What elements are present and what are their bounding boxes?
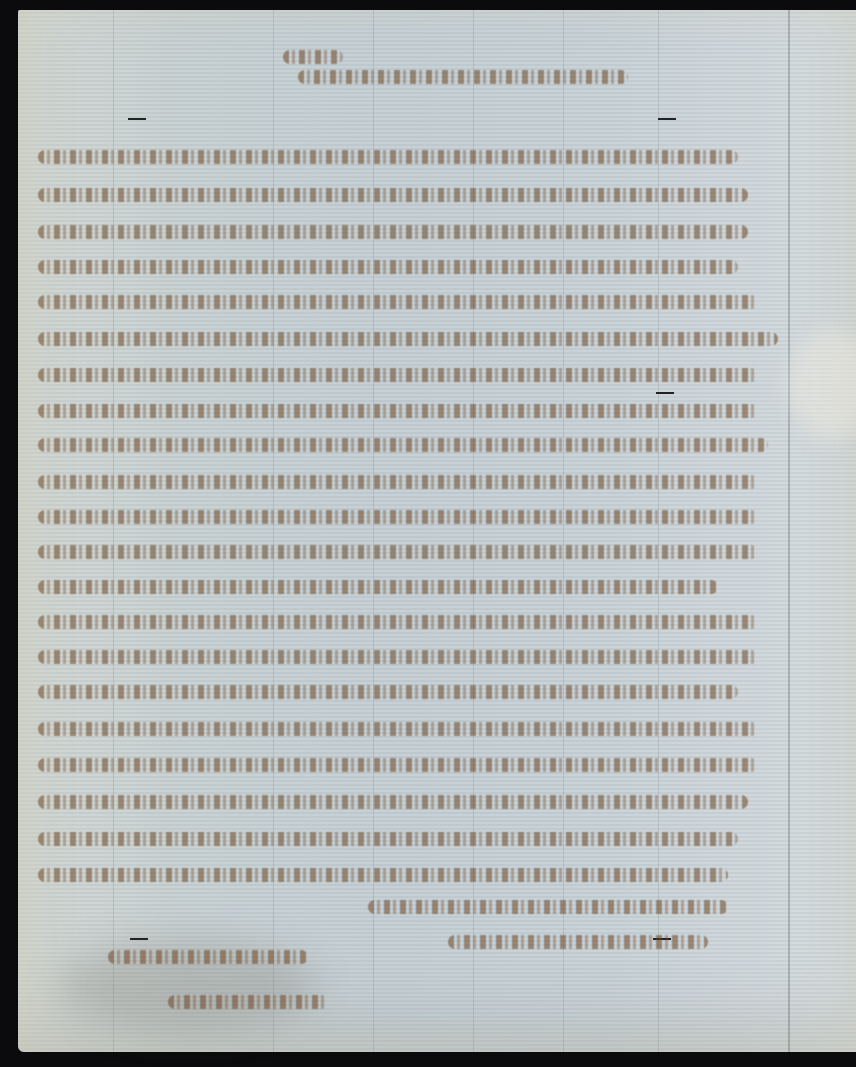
body-line (38, 615, 758, 629)
body-line (38, 832, 738, 846)
body-line (38, 868, 728, 882)
pin-mark (130, 938, 148, 940)
body-line (38, 295, 758, 309)
body-line (38, 650, 758, 664)
letter-sheet (18, 10, 856, 1052)
closing-line (168, 995, 328, 1009)
body-line (38, 510, 758, 524)
body-line (38, 332, 778, 346)
chain-line (373, 10, 374, 1052)
pin-mark (656, 392, 674, 394)
body-line (38, 580, 718, 594)
paper-fold (788, 10, 790, 1052)
body-line (38, 404, 758, 418)
body-line (38, 438, 768, 452)
body-line (38, 758, 758, 772)
body-line (38, 150, 738, 164)
pin-mark (658, 118, 676, 120)
chain-line (473, 10, 474, 1052)
body-line (38, 188, 748, 202)
body-line (368, 900, 728, 914)
body-line (38, 368, 758, 382)
body-line (38, 722, 758, 736)
header-line (283, 50, 343, 64)
pin-mark (128, 118, 146, 120)
chain-line (658, 10, 659, 1052)
header-line (298, 70, 628, 84)
body-line (38, 545, 758, 559)
closing-line (108, 950, 308, 964)
chain-line (563, 10, 564, 1052)
body-line (38, 475, 758, 489)
body-line (38, 260, 738, 274)
chain-line (273, 10, 274, 1052)
chain-line (113, 10, 114, 1052)
body-line (38, 795, 748, 809)
body-line (38, 685, 738, 699)
paper-stain (788, 330, 856, 440)
closing-line (448, 935, 708, 949)
body-line (38, 225, 748, 239)
